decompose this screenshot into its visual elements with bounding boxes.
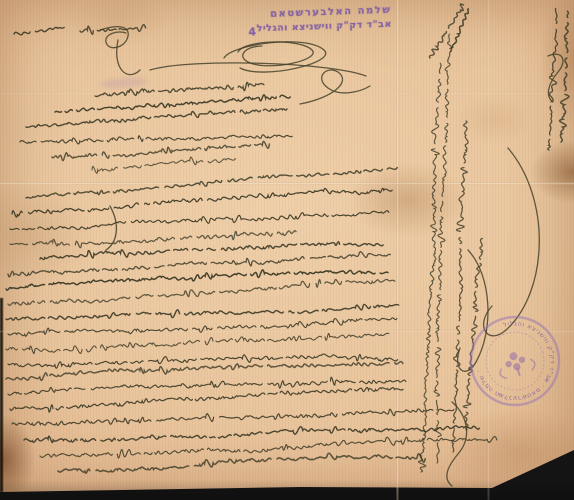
- handwritten-line: [8, 375, 406, 398]
- handwritten-line: [10, 209, 389, 233]
- flourish-s-curve: [300, 70, 370, 104]
- handwritten-line: [559, 11, 572, 142]
- scanned-letter: שלמה האלבערשטאם אב"ד דק"ק ווישניצא והגלי…: [0, 0, 574, 500]
- handwritten-line: [10, 229, 296, 251]
- handwritten-line: [12, 405, 454, 429]
- seal-ring-text: שלמה האלבערשטאם · אב"ד דק"ק ווישניצא והג…: [464, 310, 566, 412]
- handwritten-line: [52, 140, 270, 161]
- handwritten-line: [6, 301, 399, 324]
- handwritten-line: [414, 63, 447, 472]
- handwritten-line: [14, 26, 65, 35]
- handwritten-line: [40, 238, 383, 261]
- handwritten-line: [95, 80, 264, 101]
- handwritten-line: [80, 21, 146, 36]
- handwritten-line: [26, 105, 287, 129]
- handwritten-line: [25, 168, 397, 199]
- handwritten-line: [10, 386, 404, 413]
- handwritten-line: [92, 155, 236, 174]
- handwriting-layer: [0, 0, 574, 500]
- handwritten-line: [6, 264, 391, 290]
- handwritten-line: [58, 451, 430, 474]
- handwritten-line: [6, 331, 393, 357]
- stamp-mark: 4: [248, 25, 256, 38]
- handwritten-line: [8, 349, 398, 375]
- handwritten-line: [11, 186, 392, 218]
- flourish-header-descender: [117, 40, 140, 75]
- handwritten-line: [40, 433, 497, 460]
- handwritten-line: [6, 358, 403, 381]
- round-seal-stamp: שלמה האלבערשטאם · אב"ד דק"ק ווישניצא והג…: [460, 308, 570, 418]
- handwritten-line: [20, 124, 292, 153]
- handwritten-line: [430, 34, 455, 463]
- handwritten-line: [425, 3, 467, 59]
- handwritten-line: [8, 277, 396, 306]
